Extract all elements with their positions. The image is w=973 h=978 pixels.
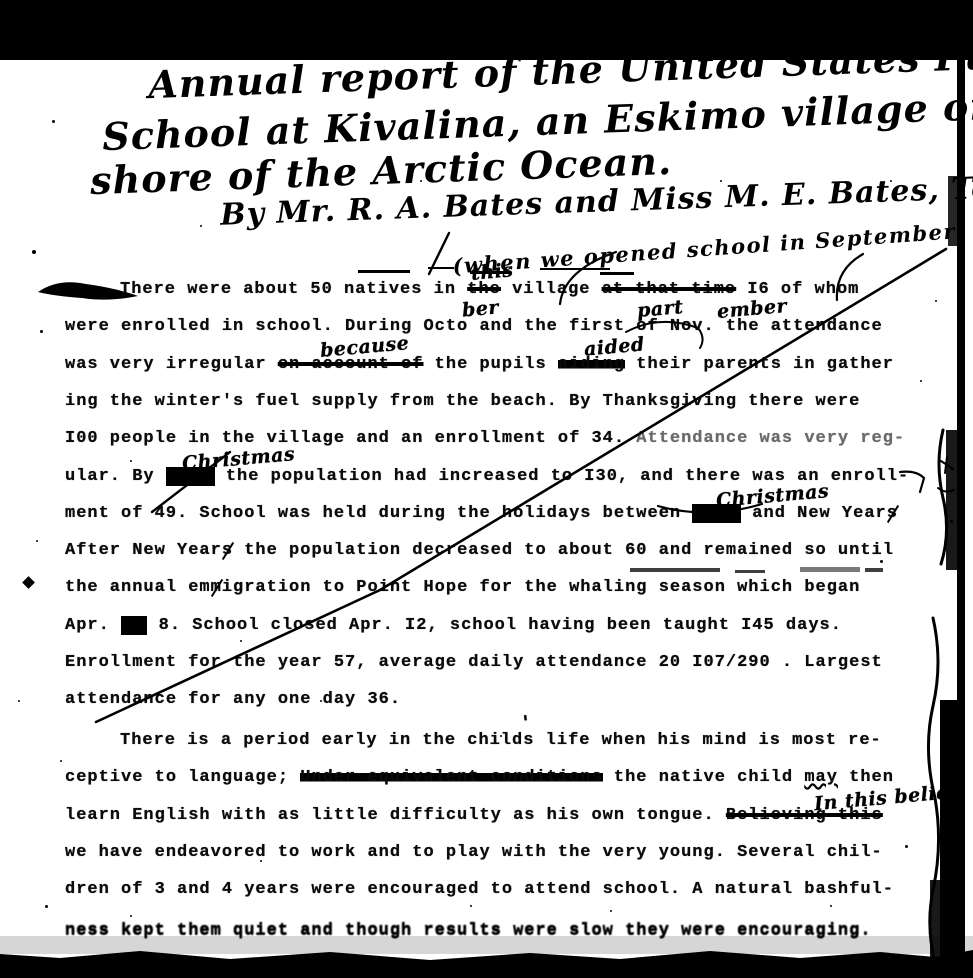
- scan-speckle: [470, 905, 472, 907]
- typed-text: learn English with as little difficulty …: [65, 806, 726, 825]
- underlined-text: may: [804, 768, 838, 787]
- typed-text: their parents in gather: [625, 355, 894, 374]
- caret-slash: [429, 233, 449, 274]
- typed-text: the pupils: [423, 355, 557, 374]
- typed-text: dren of 3 and 4 years were encouraged to…: [65, 880, 894, 899]
- scan-speckle: [905, 845, 908, 848]
- scan-speckle: [130, 915, 132, 917]
- scan-artifact-right-patch: [946, 430, 958, 570]
- typed-text: the native child: [603, 768, 805, 787]
- typed-text: s life when his mind is most re-: [523, 731, 881, 750]
- typed-text: ceptive to language;: [65, 768, 300, 787]
- scan-speckle: [880, 560, 883, 563]
- typed-text: the population decreased to about 60 and…: [233, 541, 894, 560]
- typed-line: the annual emmigration to Point Hope for…: [65, 578, 860, 604]
- typed-text: Enrollment for the year 57, average dail…: [65, 653, 883, 672]
- scan-speckle: [890, 180, 892, 182]
- scan-speckle: [200, 225, 202, 227]
- scan-artifact-right-patch: [930, 880, 958, 978]
- typed-text: we have endeavored to work and to play w…: [65, 843, 883, 862]
- scan-speckle: [32, 250, 36, 254]
- erased-dash: [428, 267, 454, 269]
- scan-speckle: [700, 60, 702, 62]
- typed-line: ness kept them quiet and though results …: [65, 921, 872, 947]
- typed-line: ment of 49. School was held during the h…: [65, 504, 898, 530]
- typed-line: ceptive to language; Under equivalent co…: [65, 768, 894, 794]
- scan-speckle: [40, 330, 43, 333]
- typed-text: attendance for any one day 36.: [65, 690, 401, 709]
- scan-speckle: [610, 910, 612, 912]
- typed-text: then: [838, 768, 894, 787]
- typed-text: ing the winter's fuel supply from the be…: [65, 392, 860, 411]
- handwritten-insertion: ': [522, 712, 530, 734]
- scan-speckle: [928, 745, 930, 747]
- handwritten-annotation-opened-school: (when we opened school in September: [452, 218, 957, 278]
- scan-artifact-blob: [52, 30, 104, 56]
- scan-speckle: [500, 735, 502, 737]
- typed-text-faded: Attendance was very reg-: [636, 429, 905, 448]
- smudged-strike-remnant: [630, 567, 883, 573]
- slashed-letter: s: [887, 504, 898, 523]
- typed-line: were enrolled in school. During October …: [65, 317, 883, 343]
- margin-mark: [22, 576, 35, 589]
- typed-text: village: [501, 280, 602, 299]
- typed-text: igration to Point Hope for the whaling s…: [222, 578, 861, 597]
- typed-text: I00 people in the village and an enrollm…: [65, 429, 636, 448]
- scan-speckle: [18, 700, 20, 702]
- scan-speckle: [60, 760, 62, 762]
- typed-line: ing the winter's fuel supply from the be…: [65, 392, 860, 418]
- typed-text: After New Year: [65, 541, 222, 560]
- typed-text: ness kept them quiet and though results …: [65, 921, 872, 940]
- blacked-out-text: ##: [121, 616, 147, 635]
- typed-line: attendance for any one day 36.: [65, 690, 401, 716]
- scan-speckle: [45, 905, 48, 908]
- typed-line: was very irregular becauseon account of …: [65, 355, 894, 381]
- typed-text: I6 of whom: [736, 280, 859, 299]
- scan-speckle: [750, 60, 752, 62]
- handwritten-insertion: part: [636, 296, 684, 322]
- typed-line: dren of 3 and 4 years were encouraged to…: [65, 880, 894, 906]
- typed-text: ment of 49. School was held during the h…: [65, 504, 692, 523]
- scan-speckle: [935, 300, 937, 302]
- typed-line: we have endeavored to work and to play w…: [65, 843, 883, 869]
- typed-text: There is a period early in the child: [120, 731, 523, 750]
- slashed-letter: m: [211, 578, 222, 597]
- scanned-document-page: Annual report of the United States Publi…: [0, 0, 973, 978]
- scan-speckle: [720, 180, 722, 182]
- scan-speckle: [420, 180, 422, 182]
- erased-dash: [600, 272, 634, 275]
- typed-line: learn English with as little difficulty …: [65, 806, 883, 832]
- obliterated-text: Under equivalent conditions: [300, 768, 602, 787]
- erased-dash: [358, 270, 410, 273]
- scan-speckle: [260, 860, 262, 862]
- typed-text: 8. School closed Apr. I2, school having …: [147, 616, 842, 635]
- typed-text: ular. By: [65, 467, 166, 486]
- typed-text: There were about 50 natives in: [120, 280, 467, 299]
- scan-speckle: [320, 700, 322, 702]
- typed-text: Apr.: [65, 616, 121, 635]
- handwritten-insertion: this: [470, 259, 514, 285]
- handwritten-insertion: ber: [461, 296, 500, 321]
- scan-speckle: [830, 905, 832, 907]
- scan-speckle: [36, 540, 38, 542]
- scan-speckle: [52, 120, 55, 123]
- typed-line: After New Years the population decreased…: [65, 541, 894, 567]
- scan-speckle: [240, 640, 242, 642]
- scan-speckle: [130, 460, 132, 462]
- scan-speckle: [950, 520, 953, 523]
- typed-line: Enrollment for the year 57, average dail…: [65, 653, 883, 679]
- slashed-letter: s: [222, 541, 233, 560]
- scan-speckle: [920, 380, 922, 382]
- typed-line: Apr. ## 8. School closed Apr. I2, school…: [65, 616, 842, 642]
- typed-text: was very irregular: [65, 355, 278, 374]
- scan-artifact-right-bar: [957, 0, 965, 978]
- typed-text: and the first: [468, 317, 625, 336]
- typed-text: the annual em: [65, 578, 211, 597]
